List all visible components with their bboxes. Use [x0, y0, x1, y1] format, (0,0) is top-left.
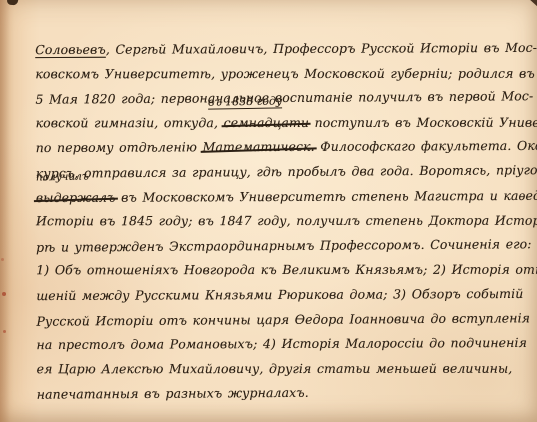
paper-speck [3, 330, 6, 333]
line-text: по первому отдѣленію [36, 140, 203, 156]
scan-corner-artifact-right [528, 0, 537, 8]
paper-speck [2, 292, 6, 296]
manuscript-line-13: на престолъ дома Романовыхъ; 4) Исторія … [36, 331, 524, 358]
line-text: на престолъ дома Романовыхъ; 4) Исторія … [37, 335, 527, 352]
line-text: ковской гимназіи, откуда, [36, 115, 224, 130]
line-text: ея Царю Алексѣю Михайловичу, другія стат… [37, 360, 513, 376]
interlinear-insertion-1838: въ 1838 году [208, 94, 282, 109]
line-text: поступилъ въ Московскій Университетъ [309, 114, 537, 129]
struck-text: Математическ. [203, 135, 315, 160]
line-text: ковскомъ Университетѣ, уроженецъ Московс… [35, 65, 537, 81]
paper-speck [1, 258, 4, 261]
line-text: 1) Объ отношеніяхъ Новгорода къ Великимъ… [36, 262, 537, 278]
struck-text: семнадцати [224, 111, 309, 136]
line-text: 5 Мая 1820 года; первоначальное воспитан… [35, 88, 533, 106]
manuscript-line-14: ея Царю Алексѣю Михайловичу, другія стат… [37, 356, 525, 381]
page-gutter-shadow [0, 0, 10, 422]
manuscript-line-11: шеній между Русскими Князьями Рюрикова д… [36, 282, 524, 309]
manuscript-line-7: выдержалъ въ Московскомъ Университетѣ ст… [36, 183, 524, 210]
line-text: , Сергѣй Михайловичъ, Профессоръ Русской… [106, 40, 537, 57]
line-text: курсъ, отправился за границу, гдѣ пробыл… [36, 162, 537, 181]
manuscript-line-8: Исторіи въ 1845 году; въ 1847 году, полу… [36, 209, 524, 234]
line-text: Русской Исторіи отъ кончины царя Ѳедора … [36, 310, 530, 328]
manuscript-line-2: ковскомъ Университетѣ, уроженецъ Московс… [35, 61, 523, 86]
line-text: Философскаго факультета. Окончивъ [315, 138, 537, 154]
line-text: въ Московскомъ Университетѣ степень Маги… [115, 187, 537, 204]
manuscript-line-4: ковской гимназіи, откуда, семнадцати пос… [36, 110, 524, 135]
manuscript-line-5: по первому отдѣленію Математическ. Филос… [36, 134, 524, 161]
manuscript-page: Соловьевъ, Сергѣй Михайловичъ, Профессор… [0, 0, 537, 422]
manuscript-line-12: Русской Исторіи отъ кончины царя Ѳедора … [36, 306, 524, 334]
manuscript-line-9: рѣ и утвержденъ Экстраординарнымъ Профес… [36, 232, 524, 260]
manuscript-text: Соловьевъ, Сергѣй Михайловичъ, Профессор… [35, 36, 525, 407]
manuscript-line-10: 1) Объ отношеніяхъ Новгорода къ Великимъ… [36, 258, 524, 283]
interlinear-insertion-poluchil: получилъ [36, 171, 89, 184]
underlined-surname: Соловьевъ [35, 42, 106, 57]
line-text: напечатанныя въ разныхъ журналахъ. [37, 385, 309, 402]
line-text: рѣ и утвержденъ Экстраординарнымъ Профес… [36, 236, 532, 254]
manuscript-line-1: Соловьевъ, Сергѣй Михайловичъ, Профессор… [35, 36, 523, 63]
manuscript-line-6: курсъ, отправился за границу, гдѣ пробыл… [36, 158, 524, 186]
manuscript-line-15: напечатанныя въ разныхъ журналахъ. [37, 380, 525, 408]
line-text: шеній между Русскими Князьями Рюрикова д… [36, 286, 523, 303]
line-text: Исторіи въ 1845 году; въ 1847 году, полу… [36, 213, 537, 229]
struck-text: выдержалъ [36, 185, 116, 210]
